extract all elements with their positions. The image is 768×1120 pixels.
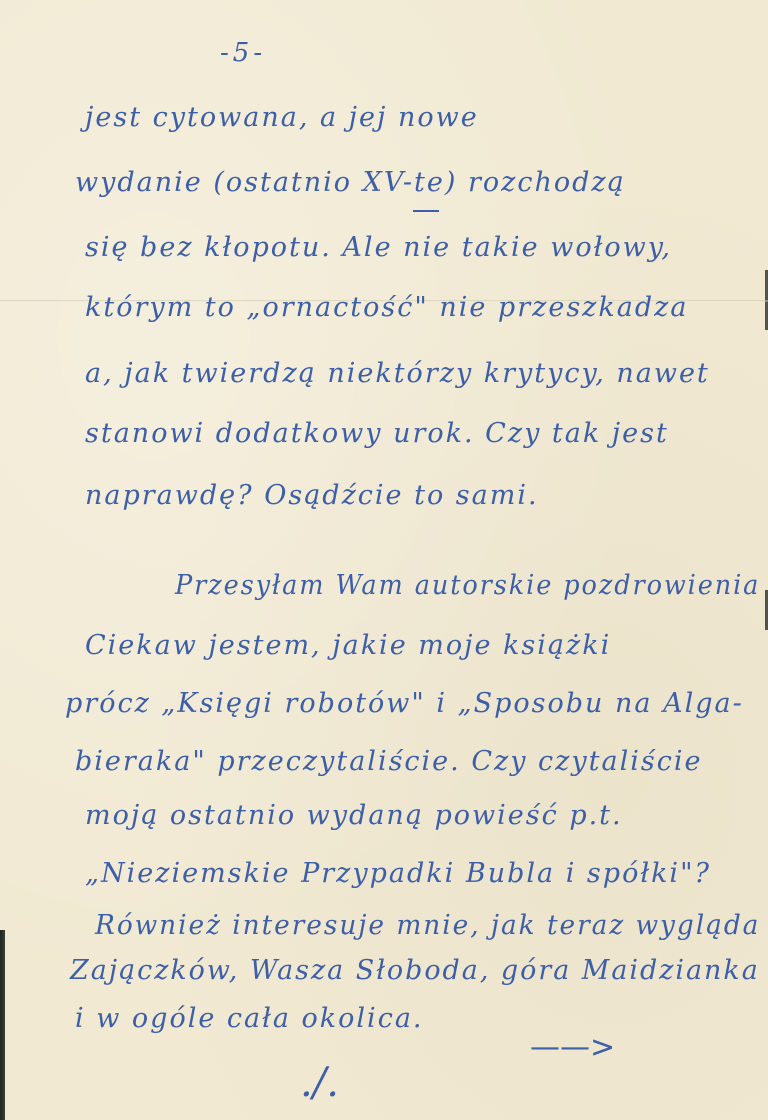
text-line: Ciekaw jestem, jakie moje książki: [85, 630, 611, 661]
text-line: się bez kłopotu. Ale nie takie wołowy,: [85, 232, 672, 263]
text-line: stanowi dodatkowy urok. Czy tak jest: [85, 418, 669, 449]
text-line: prócz „Księgi robotów" i „Sposobu na Alg…: [65, 688, 744, 719]
text-line: Również interesuje mnie, jak teraz wyglą…: [95, 910, 760, 941]
text-line: moją ostatnio wydaną powieść p.t.: [85, 800, 623, 831]
text-line: którym to „ornactość" nie przeszkadza: [85, 292, 688, 323]
text-line: a, jak twierdzą niektórzy krytycy, nawet: [85, 358, 710, 389]
text-line: bieraka" przeczytaliście. Czy czytaliści…: [75, 746, 702, 777]
continuation-arrow-icon: ——>: [530, 1030, 615, 1065]
text-line: Zajączków, Wasza Słoboda, góra Maidziank…: [70, 955, 760, 986]
text-line: i w ogóle cała okolica.: [75, 1003, 424, 1034]
scan-border-left: [0, 930, 5, 1120]
roman-numeral-underline: [413, 210, 439, 212]
text-line: wydanie (ostatnio XV-te) rozchodzą: [75, 167, 626, 198]
text-line: jest cytowana, a jej nowe: [85, 102, 479, 133]
text-line: „Nieziemskie Przypadki Bubla i spółki"?: [85, 858, 711, 889]
text-line: naprawdę? Osądźcie to sami.: [85, 480, 539, 511]
text-line: Przesyłam Wam autorskie pozdrowienia: [175, 570, 760, 601]
page-number: -5-: [220, 38, 266, 68]
letter-page: -5- jest cytowana, a jej nowe wydanie (o…: [0, 0, 768, 1120]
end-mark: ./.: [300, 1060, 339, 1106]
